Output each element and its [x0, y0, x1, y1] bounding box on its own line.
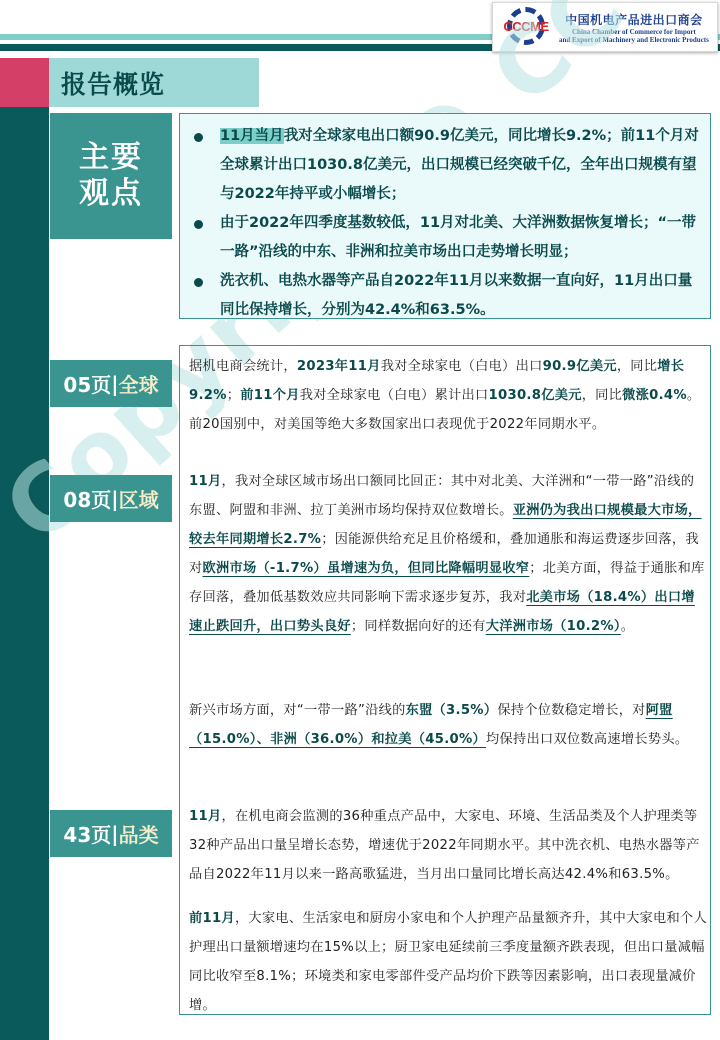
section-name: 全球	[119, 369, 159, 398]
key-points-label-line-2: 观点	[79, 176, 143, 212]
section-name: 区域	[119, 484, 159, 513]
key-point-text: 洗衣机、电热水器等产品自2022年11月以来数据一直向好，11月出口量同比保持增…	[220, 273, 692, 318]
global-paragraph: 据机电商会统计，2023年11月我对全球家电（白电）出口90.9亿美元，同比增长…	[189, 352, 707, 439]
category-paragraph-2: 前11月，大家电、生活家电和厨房小家电和个人护理产品量额齐升，其中大家电和个人护…	[189, 904, 707, 1020]
bullet-icon	[194, 133, 203, 142]
emphasized-text: 前11月	[189, 911, 235, 926]
body-text: ，同比	[617, 359, 657, 374]
section-label-region: 08页|区域	[50, 475, 172, 522]
section-separator: |	[111, 372, 118, 396]
section-page-number: 43页	[63, 819, 111, 848]
emphasized-text: 2023年11月	[297, 359, 381, 374]
logo-mark-text: CCCME	[497, 19, 555, 34]
emphasized-text: 90.9亿美元	[543, 359, 617, 374]
cccme-logo: CCCME 中国机电产品进出口商会 China Chamber of Comme…	[492, 2, 718, 52]
page-title-band: 报告概览	[49, 58, 259, 107]
emphasized-text: 11月	[189, 809, 221, 824]
region-paragraph-2: 新兴市场方面，对“一带一路”沿线的东盟（3.5%）保持个位数稳定增长，对阿盟（1…	[189, 696, 707, 754]
body-text: ；同样数据向好的还有	[351, 619, 486, 634]
key-point-item: 洗衣机、电热水器等产品自2022年11月以来数据一直向好，11月出口量同比保持增…	[192, 267, 702, 325]
logo-english-line-1: China Chamber of Commerce for Import	[572, 28, 696, 36]
body-text: 均保持出口双位数高速增长势头。	[486, 732, 688, 747]
section-label-category: 43页|品类	[50, 810, 172, 857]
section-name: 品类	[119, 819, 159, 848]
bullet-icon	[194, 278, 203, 287]
region-paragraph-1: 11月，我对全球区域市场出口额同比回正：其中对北美、大洋洲和“一带一路”沿线的东…	[189, 467, 707, 641]
emphasized-underlined-text: 欧洲市场（-1.7%）虽增速为负，但同比降幅明显收窄	[203, 561, 530, 576]
section-separator: |	[111, 487, 118, 511]
body-text: ，大家电、生活家电和厨房小家电和个人护理产品量额齐升，其中大家电和个人护理出口量…	[189, 911, 707, 1013]
highlighted-text: 11月当月	[220, 128, 284, 144]
emphasized-text: 前11个月	[240, 388, 299, 403]
body-text: 新兴市场方面，对“一带一路”沿线的	[189, 703, 406, 718]
section-page-number: 08页	[63, 484, 111, 513]
key-point-item: 由于2022年四季度基数较低，11月对北美、大洋洲数据恢复增长；“一带一路”沿线…	[192, 209, 702, 267]
key-point-item: 11月当月我对全球家电出口额90.9亿美元，同比增长9.2%；前11个月对全球累…	[192, 122, 702, 209]
emphasized-text: 东盟（3.5%）	[406, 703, 498, 718]
emphasized-text: 1030.8亿美元	[489, 388, 582, 403]
key-point-text: 由于2022年四季度基数较低，11月对北美、大洋洲数据恢复增长；“一带一路”沿线…	[220, 215, 696, 260]
body-text: 我对全球家电（白电）累计出口	[300, 388, 489, 403]
body-text: 我对全球家电（白电）出口	[381, 359, 543, 374]
gear-logo-icon: CCCME	[497, 5, 555, 49]
body-text: 据机电商会统计，	[189, 359, 297, 374]
left-sidebar-bar	[0, 107, 49, 1040]
section-label-global: 05页|全球	[50, 360, 172, 407]
logo-chinese-name: 中国机电产品进出口商会	[565, 11, 703, 28]
key-points-label-line-1: 主要	[79, 140, 143, 176]
pink-accent-block	[0, 58, 49, 107]
section-page-number: 05页	[63, 369, 111, 398]
section-separator: |	[111, 822, 118, 846]
logo-english-line-2: and Export of Machinery and Electronic P…	[559, 36, 709, 44]
body-text: 保持个位数稳定增长，对	[497, 703, 645, 718]
category-paragraph-1: 11月，在机电商会监测的36种重点产品中，大家电、环境、生活品类及个人护理类等3…	[189, 802, 707, 889]
body-text: 。	[621, 619, 635, 634]
emphasized-text: 11月	[189, 474, 221, 489]
key-point-text: 我对全球家电出口额90.9亿美元，同比增长9.2%；前11个月对全球累计出口10…	[220, 128, 699, 202]
key-points-label: 主要 观点	[50, 113, 172, 239]
emphasized-text: 微涨0.4%	[622, 388, 687, 403]
body-text: ，同比	[582, 388, 622, 403]
key-points-box: 11月当月我对全球家电出口额90.9亿美元，同比增长9.2%；前11个月对全球累…	[179, 113, 711, 319]
body-text: ；	[227, 388, 241, 403]
page-title: 报告概览	[61, 65, 165, 101]
body-text: ，在机电商会监测的36种重点产品中，大家电、环境、生活品类及个人护理类等32种产…	[189, 809, 700, 882]
emphasized-underlined-text: 大洋洲市场（10.2%）	[486, 619, 621, 634]
bullet-icon	[194, 220, 203, 229]
